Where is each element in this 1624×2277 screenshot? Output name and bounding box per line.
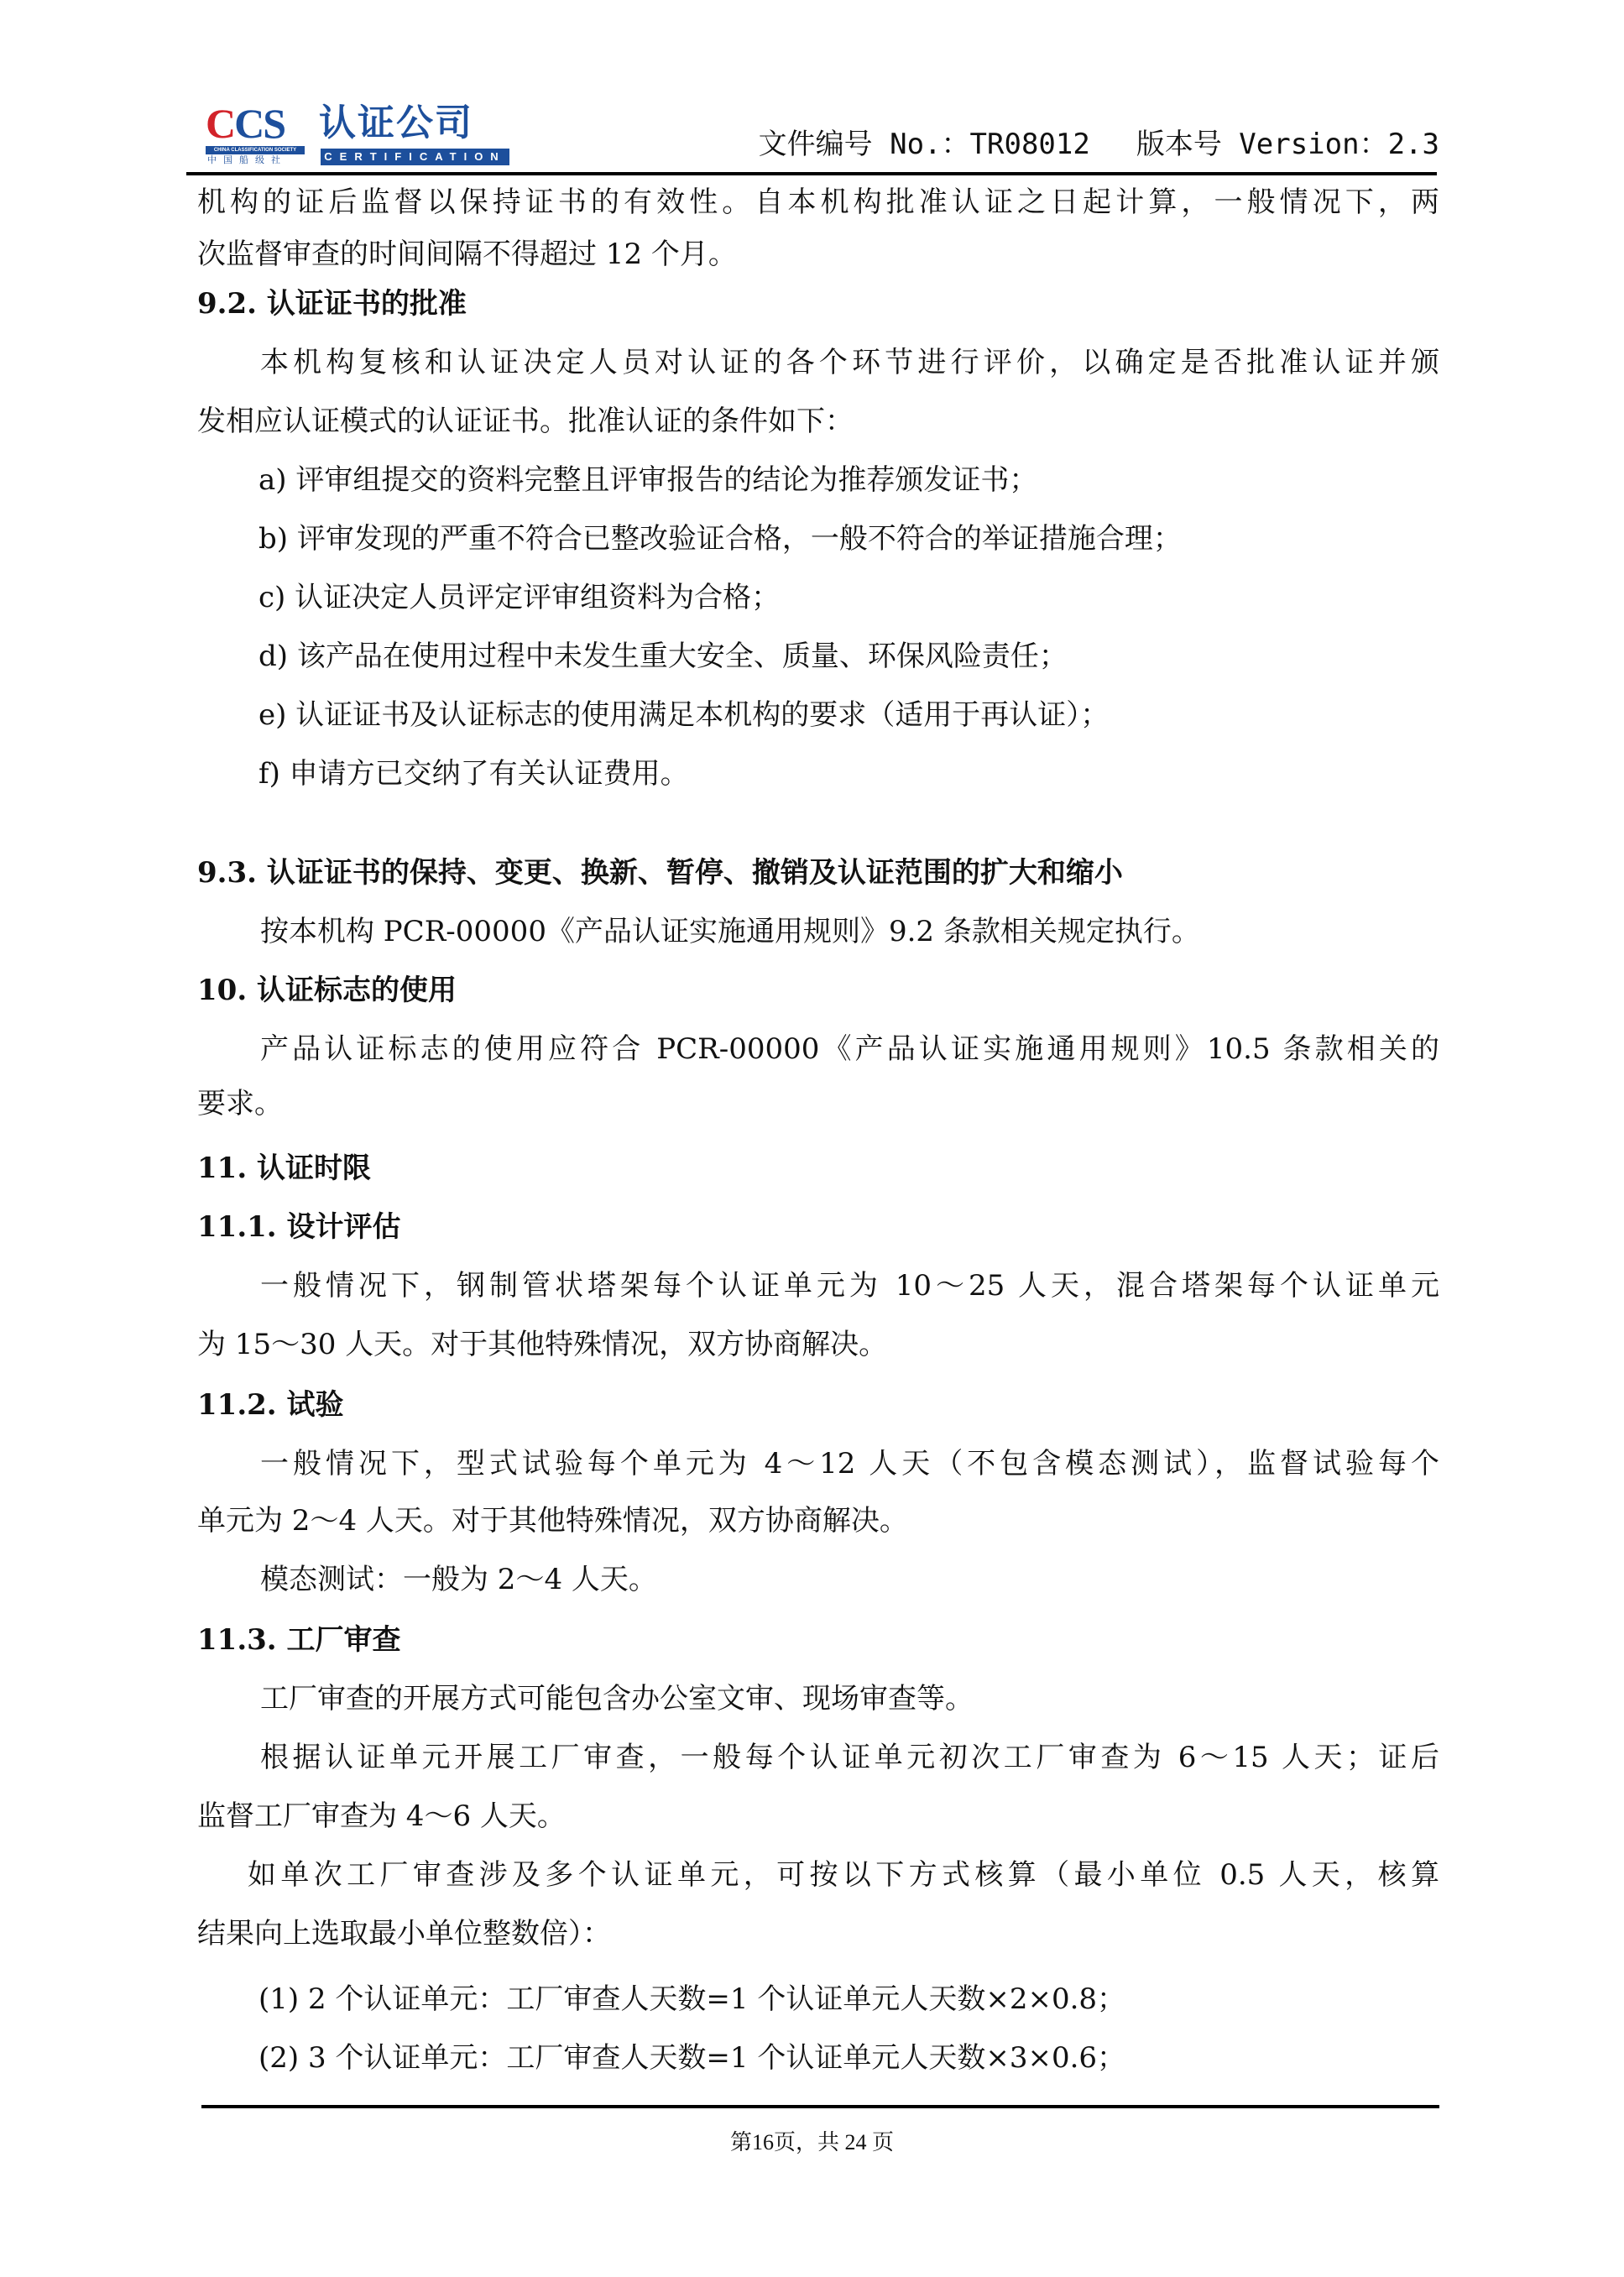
body-paragraph: 按本机构 PCR-00000《产品认证实施通用规则》9.2 条款相关规定执行。	[260, 913, 1200, 950]
body-paragraph: 产品认证标志的使用应符合 PCR-00000《产品认证实施通用规则》10.5 条…	[260, 1031, 1439, 1068]
list-item: (2) 3 个认证单元：工厂审查人天数=1 个认证单元人天数×3×0.6；	[258, 2039, 1125, 2076]
document-meta: 文件编号 No.：TR08012版本号 Version：2.3	[759, 128, 1439, 161]
body-paragraph: 本机构复核和认证决定人员对认证的各个环节进行评价，以确定是否批准认证并颁	[260, 344, 1439, 381]
ccs-certification-logo: CCS CHINA CLASSIFICATION SOCIETY 中国船级社 认…	[206, 102, 508, 165]
list-item: b) 评审发现的严重不符合已整改验证合格，一般不符合的举证措施合理；	[258, 520, 1182, 557]
body-paragraph: 根据认证单元开展工厂审查，一般每个认证单元初次工厂审查为 6～15 人天；证后	[260, 1739, 1439, 1776]
section-heading: 9.2. 认证证书的批准	[197, 285, 467, 322]
body-paragraph: 模态测试：一般为 2～4 人天。	[260, 1561, 657, 1598]
ccs-mark: CCS	[206, 102, 285, 144]
list-item: f) 申请方已交纳了有关认证费用。	[258, 755, 689, 792]
body-text: 机构的证后监督以保持证书的有效性。自本机构批准认证之日起计算，一般情况下，两	[197, 184, 1439, 221]
section-heading: 11.3. 工厂审查	[197, 1622, 400, 1658]
company-cn-name: 认证公司	[319, 102, 473, 144]
body-paragraph: 一般情况下，钢制管状塔架每个认证单元为 10～25 人天，混合塔架每个认证单元	[260, 1267, 1439, 1304]
page-number: 第16页，共 24 页	[0, 2130, 1624, 2155]
list-item: a) 评审组提交的资料完整且评审报告的结论为推荐颁发证书；	[258, 462, 1037, 499]
section-heading: 11.1. 设计评估	[197, 1209, 400, 1246]
body-text: 单元为 2～4 人天。对于其他特殊情况，双方协商解决。	[197, 1502, 908, 1539]
doc-number: 文件编号 No.：TR08012	[759, 128, 1090, 161]
body-paragraph: 一般情况下，型式试验每个单元为 4～12 人天（不包含模态测试），监督试验每个	[260, 1445, 1439, 1482]
body-text: 监督工厂审查为 4～6 人天。	[197, 1798, 566, 1835]
section-heading: 11.2. 试验	[197, 1387, 343, 1423]
list-item: e) 认证证书及认证标志的使用满足本机构的要求（适用于再认证）；	[258, 697, 1109, 734]
body-text: 次监督审查的时间间隔不得超过 12 个月。	[197, 236, 737, 273]
header-divider	[186, 172, 1437, 175]
section-heading: 11. 认证时限	[197, 1150, 371, 1187]
document-page: CCS CHINA CLASSIFICATION SOCIETY 中国船级社 认…	[0, 0, 1624, 2277]
society-cn-label: 中国船级社	[207, 154, 287, 166]
body-text: 为 15～30 人天。对于其他特殊情况，双方协商解决。	[197, 1326, 887, 1363]
list-item: c) 认证决定人员评定评审组资料为合格；	[258, 579, 780, 616]
footer-divider	[201, 2105, 1439, 2108]
body-paragraph: 工厂审查的开展方式可能包含办公室文审、现场审查等。	[260, 1680, 974, 1717]
body-paragraph: 如单次工厂审查涉及多个认证单元，可按以下方式核算（最小单位 0.5 人天，核算	[248, 1857, 1439, 1893]
body-text: 结果向上选取最小单位整数倍）：	[197, 1915, 611, 1952]
section-heading: 9.3. 认证证书的保持、变更、换新、暂停、撤销及认证范围的扩大和缩小	[197, 854, 1123, 891]
list-item: (1) 2 个认证单元：工厂审查人天数=1 个认证单元人天数×2×0.8；	[258, 1981, 1125, 2018]
section-heading: 10. 认证标志的使用	[197, 972, 457, 1009]
body-text: 发相应认证模式的认证证书。批准认证的条件如下：	[197, 403, 854, 440]
doc-version: 版本号 Version：2.3	[1136, 128, 1439, 161]
company-en-name: CERTIFICATION	[321, 149, 509, 165]
list-item: d) 该产品在使用过程中未发生重大安全、质量、环保风险责任；	[258, 638, 1068, 675]
body-text: 要求。	[197, 1085, 283, 1122]
society-en-label: CHINA CLASSIFICATION SOCIETY	[206, 146, 305, 154]
